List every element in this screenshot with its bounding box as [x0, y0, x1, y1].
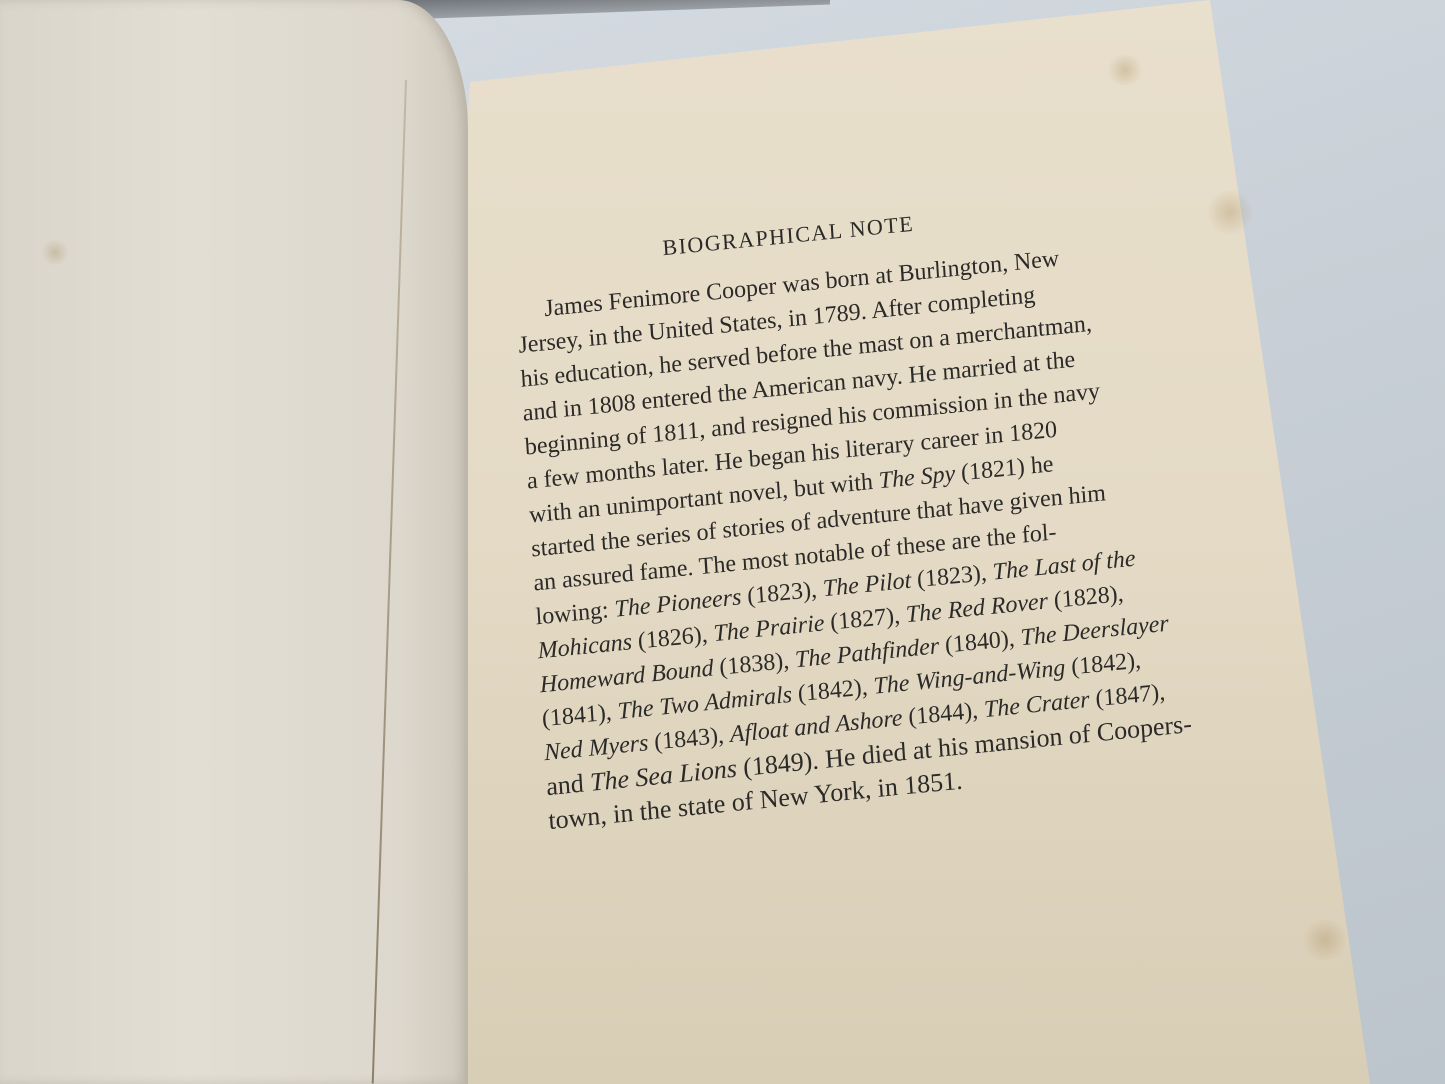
foxing-stain — [1205, 190, 1255, 235]
left-page — [0, 0, 468, 1084]
foxing-stain — [1105, 55, 1145, 85]
foxing-stain — [1300, 920, 1350, 960]
foxing-stain — [40, 240, 70, 265]
body-text: James Fenimore Cooper was born at Burlin… — [515, 232, 1195, 839]
